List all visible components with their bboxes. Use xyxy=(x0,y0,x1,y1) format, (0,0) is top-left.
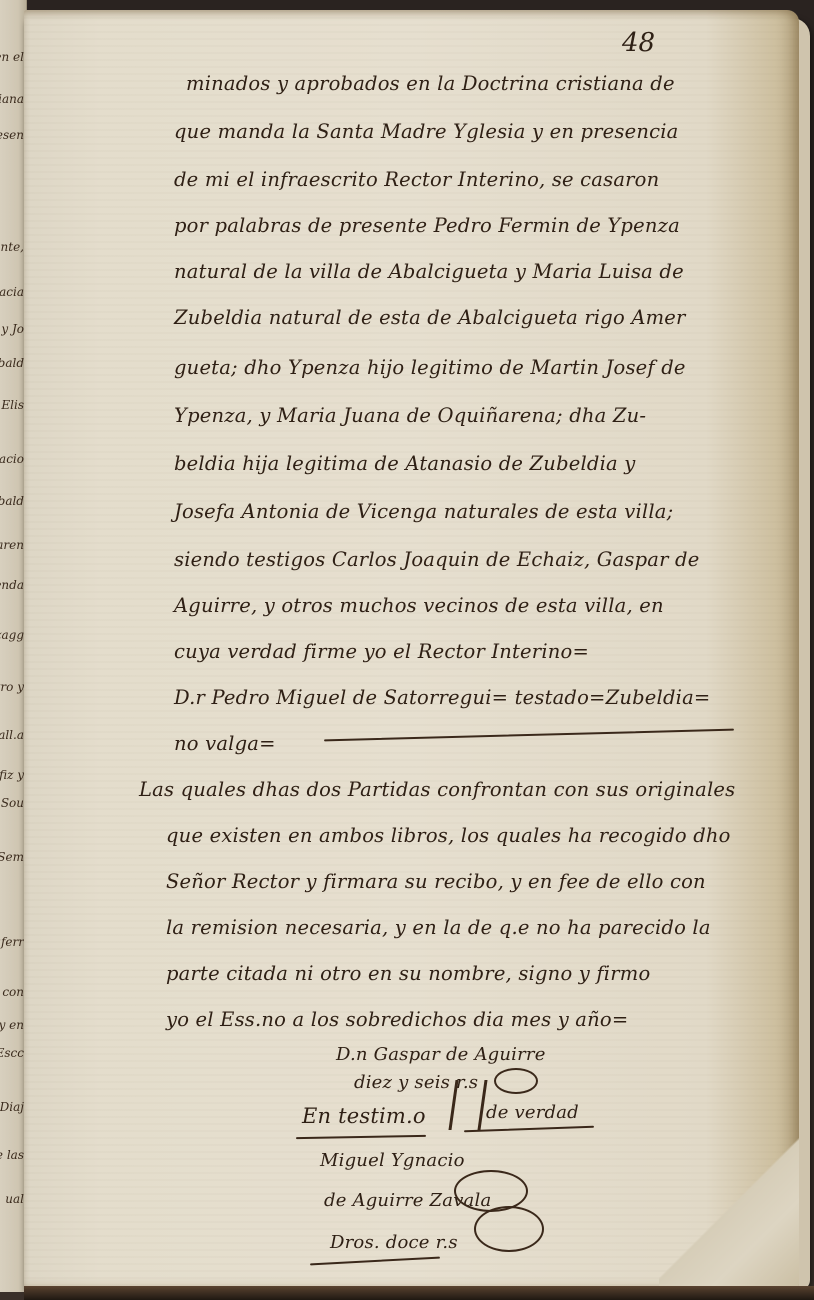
body-line: Ypenza, y Maria Juana de Oquiñarena; dha… xyxy=(174,404,646,427)
of-truth: de verdad xyxy=(486,1102,579,1123)
folio-number: 48 xyxy=(622,28,655,58)
facing-fragment: con xyxy=(2,985,24,999)
facing-fragment: Elis xyxy=(1,398,24,412)
body-line: no valga= xyxy=(174,732,276,755)
facing-fragment: all.a xyxy=(0,728,24,742)
body-line: siendo testigos Carlos Joaquin de Echaiz… xyxy=(174,548,699,571)
facing-fragment: iente, xyxy=(0,240,24,254)
body-line: beldia hija legitima de Atanasio de Zube… xyxy=(174,452,636,475)
fee-underline xyxy=(310,1257,440,1266)
folded-corner xyxy=(659,1138,799,1288)
signer-fee: Dros. doce r.s xyxy=(330,1232,458,1253)
facing-fragment: enda xyxy=(0,578,24,592)
signer-first-name: Miguel Ygnacio xyxy=(320,1150,465,1171)
body-line: natural de la villa de Abalcigueta y Mar… xyxy=(174,260,684,283)
attestation-line: la remision necesaria, y en la de q.e no… xyxy=(166,916,711,939)
body-line: de mi el infraescrito Rector Interino, s… xyxy=(174,168,659,191)
facing-fragment: ual xyxy=(5,1192,24,1206)
facing-fragment: Zbald xyxy=(0,494,24,508)
facing-fragment: y en xyxy=(0,1018,24,1032)
facing-fragment: tro y xyxy=(0,680,24,694)
body-line: Aguirre, y otros muchos vecinos de esta … xyxy=(174,594,664,617)
book-bottom-edge xyxy=(24,1286,814,1300)
body-line: minados y aprobados en la Doctrina crist… xyxy=(186,72,675,95)
manuscript-page: 48 minados y aprobados en la Doctrina cr… xyxy=(24,10,799,1288)
facing-fragment: e las xyxy=(0,1148,24,1162)
facing-fragment: cristiana xyxy=(0,92,24,106)
rubric-flourish xyxy=(494,1068,538,1094)
in-testimony: En testim.o xyxy=(302,1104,426,1128)
facing-fragment: hacia xyxy=(0,285,24,299)
attestation-line: que existen en ambos libros, los quales … xyxy=(166,824,731,847)
attestation-line: parte citada ni otro en su nombre, signo… xyxy=(166,962,650,985)
attestation-line: yo el Ess.no a los sobredichos dia mes y… xyxy=(166,1008,628,1031)
facing-fragment: Escc xyxy=(0,1046,24,1060)
body-line: Zubeldia natural de esta de Abalcigueta … xyxy=(174,306,686,329)
facing-fragment: Sou xyxy=(1,796,24,810)
facing-fragment: a Sem xyxy=(0,850,24,864)
rubric-flourish xyxy=(474,1206,544,1252)
notary-name: D.n Gaspar de Aguirre xyxy=(336,1044,546,1065)
signature-underline xyxy=(324,729,734,742)
attestation-line: Señor Rector y firmara su recibo, y en f… xyxy=(166,870,706,893)
facing-fragment: y Jo xyxy=(1,322,24,336)
notary-sign-mark xyxy=(448,1080,487,1130)
facing-fragment: zagg xyxy=(0,628,24,642)
truth-underline xyxy=(464,1126,594,1133)
facing-fragment: en el xyxy=(0,50,24,64)
testimony-underline xyxy=(296,1135,426,1139)
attestation-line: Las quales dhas dos Partidas confrontan … xyxy=(139,778,735,801)
facing-fragment: aren xyxy=(0,538,24,552)
body-line: Josefa Antonia de Vicenga naturales de e… xyxy=(174,500,673,523)
body-line: por palabras de presente Pedro Fermin de… xyxy=(174,214,680,237)
facing-fragment: bald xyxy=(0,356,24,370)
body-line: que manda la Santa Madre Yglesia y en pr… xyxy=(174,120,679,143)
facing-fragment: fiz y xyxy=(0,768,24,782)
facing-page-edge: en el cristiana la presen iente, hacia y… xyxy=(0,0,27,1292)
facing-fragment: la presen xyxy=(0,128,24,142)
body-line: gueta; dho Ypenza hijo legitimo de Marti… xyxy=(174,356,686,379)
body-line: cuya verdad firme yo el Rector Interino= xyxy=(174,640,589,663)
signature-rector: D.r Pedro Miguel de Satorregui= testado=… xyxy=(174,686,710,709)
facing-fragment: Diaj xyxy=(0,1100,24,1114)
facing-fragment: aferr xyxy=(0,935,24,949)
facing-fragment: cacio xyxy=(0,452,24,466)
